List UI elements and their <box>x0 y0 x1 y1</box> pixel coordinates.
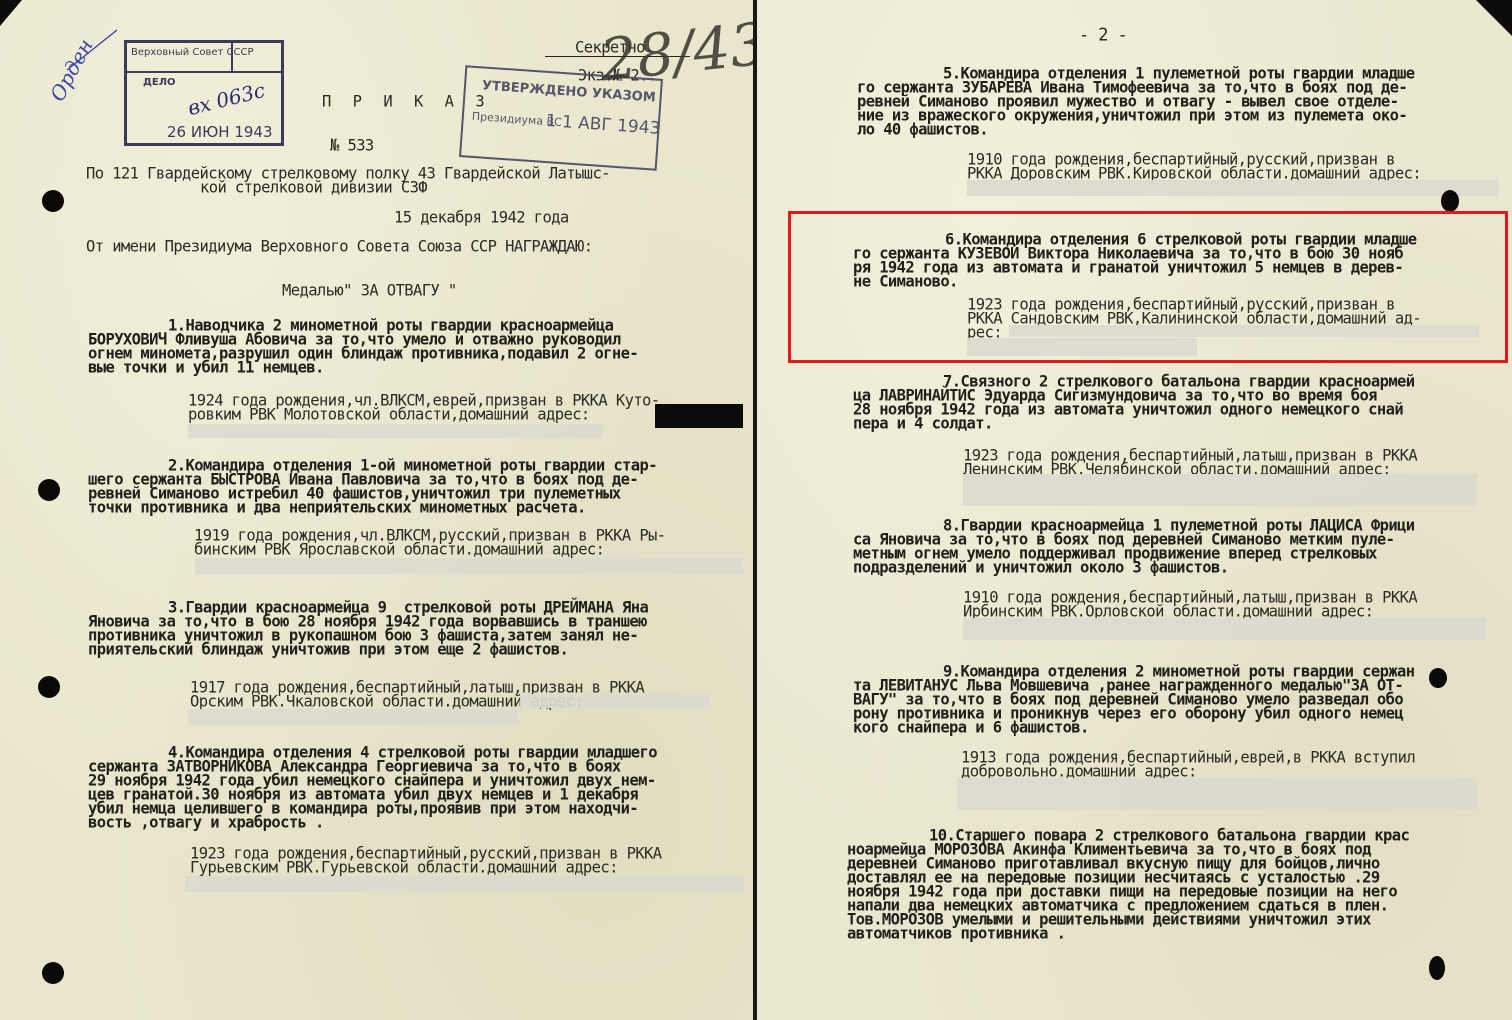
redaction <box>185 876 745 892</box>
order-number: № 533 <box>330 138 374 153</box>
order-date: 15 декабря 1942 года <box>394 210 569 225</box>
punch-hole <box>38 676 60 698</box>
page-title: П Р И К А З <box>322 94 491 109</box>
redaction <box>967 180 1499 196</box>
archive-stamp-delo: ДЕЛО <box>143 77 176 88</box>
bio-line: бинским РВК Ярославской области.домашний… <box>194 542 604 557</box>
bio-line: Ирбинским РВК.Орловской области.домашний… <box>963 604 1373 619</box>
redaction <box>188 709 518 725</box>
redaction <box>188 424 603 438</box>
punch-hole <box>42 190 64 212</box>
citation-line: вые точки и убил 11 немцев. <box>88 360 324 375</box>
document-page-2: - 2 - 5.Командира отделения 1 пулеметной… <box>757 0 1512 1020</box>
unit-line-2: кой стрелковой дивизии СЗФ <box>200 180 427 195</box>
handwritten-corner-number: 28/43 <box>597 9 753 94</box>
torn-corner <box>0 0 22 26</box>
approval-stamp-date: 1 1 АВГ 1943 <box>545 111 661 139</box>
bio-line: добровольно.домашний адрес: <box>961 764 1197 779</box>
preamble: От имени Президиума Верховного Совета Со… <box>86 239 592 254</box>
punch-hole <box>1429 668 1447 688</box>
redaction <box>957 778 1477 810</box>
citation-line: подразделений и уничтожил около 3 фашист… <box>853 560 1228 575</box>
citation-line: пера и 4 солдат. <box>853 416 993 431</box>
archive-handwritten-number: вх 063с <box>185 78 267 120</box>
bio-line: ровким РВК Молотовской области,домашний … <box>188 407 590 422</box>
bio-line: РККА Доровским РВК.Кировской области.дом… <box>967 166 1421 181</box>
citation-line: кого снайпера и 6 фашистов. <box>853 720 1089 735</box>
archive-stamp: Верховный Совет СССР ДЕЛО вх 063с 26 ИЮН… <box>124 40 284 146</box>
punch-hole <box>42 962 64 984</box>
award-name: Медалью" ЗА ОТВАГУ " <box>282 283 457 298</box>
redaction <box>195 558 743 574</box>
citation-line: автоматчиков противника . <box>847 926 1065 941</box>
citation-line: приятельский блиндаж уничтожив при этом … <box>88 642 568 657</box>
citation-line: точки противника и два неприятельских ми… <box>88 500 586 515</box>
archive-stamp-header: Верховный Совет СССР <box>131 47 254 58</box>
punch-hole <box>38 479 60 501</box>
document-page-1: Орден Верховный Совет СССР ДЕЛО вх 063с … <box>0 0 753 1020</box>
redaction <box>963 618 1487 640</box>
punch-hole <box>1429 956 1445 980</box>
redaction <box>963 474 1477 506</box>
archive-stamp-date: 26 ИЮН 1943 <box>167 123 273 141</box>
redaction <box>655 404 743 428</box>
bio-line: Гурьевским РВК.Гурьевской области.домашн… <box>190 860 618 875</box>
citation-line: вость ,отвагу и храбрость . <box>88 815 324 830</box>
punch-hole <box>1441 190 1459 212</box>
torn-corner <box>1476 0 1512 36</box>
highlight-box-entry-6 <box>788 211 1508 363</box>
redaction <box>520 694 710 708</box>
page-number: - 2 - <box>1079 28 1127 43</box>
citation-line: ло 40 фашистов. <box>857 122 988 137</box>
pen-stroke-icon <box>62 25 122 75</box>
